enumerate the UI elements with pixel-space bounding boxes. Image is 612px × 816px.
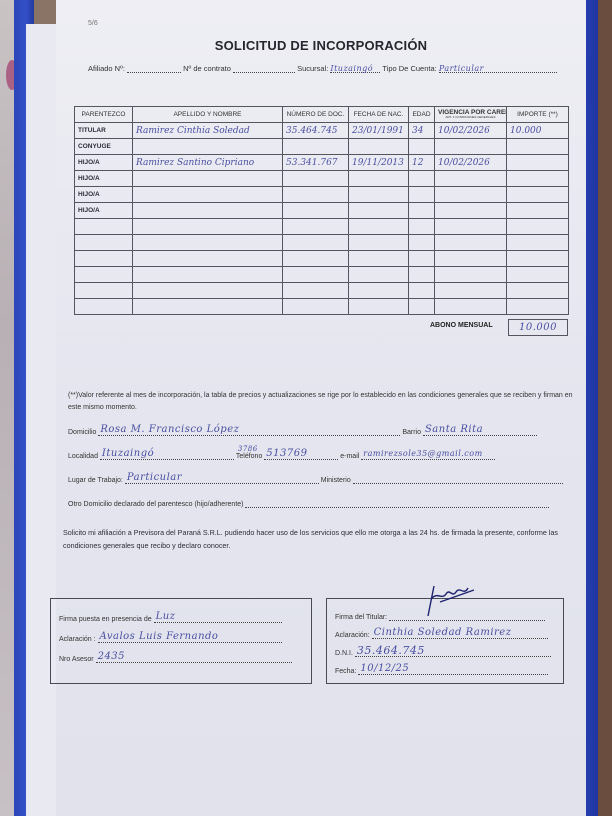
nombre-cell[interactable] xyxy=(133,171,283,187)
table-row: HIJO/A xyxy=(75,187,569,203)
members-table: PARENTEZCO APELLIDO Y NOMBRE NÚMERO DE D… xyxy=(74,106,569,315)
nac-cell[interactable]: 19/11/2013 xyxy=(349,155,409,171)
doc-cell[interactable] xyxy=(283,251,349,267)
importe-cell[interactable] xyxy=(507,219,569,235)
importe-cell[interactable] xyxy=(507,203,569,219)
nac-cell[interactable] xyxy=(349,139,409,155)
header-fields: Afiliado Nº: Nº de contrato Sucursal: It… xyxy=(88,64,557,73)
titular-fecha-row: Fecha: 10/12/25 xyxy=(335,663,548,675)
vigencia-cell[interactable]: 10/02/2026 xyxy=(435,123,507,139)
edad-cell[interactable] xyxy=(409,299,435,315)
form-title: SOLICITUD DE INCORPORACIÓN xyxy=(56,38,586,53)
declaration-text: Solicito mi afiliación a Previsora del P… xyxy=(63,526,579,552)
nombre-cell[interactable] xyxy=(133,219,283,235)
col-vigencia: VIGENCIA POR CARENCIAART. 4 CONDICIONES … xyxy=(435,107,507,123)
contrato-label: Nº de contrato xyxy=(183,64,231,73)
parentesco-cell: HIJO/A xyxy=(75,171,133,187)
edad-cell[interactable]: 34 xyxy=(409,123,435,139)
domicilio-label: Domicilio xyxy=(68,429,96,436)
titular-aclaracion-row: Aclaración: Cinthia Soledad Ramirez xyxy=(335,627,548,639)
page-number: 5/6 xyxy=(88,20,98,27)
parentesco-cell xyxy=(75,235,133,251)
titular-aclaracion-label: Aclaración: xyxy=(335,632,370,639)
nombre-cell[interactable] xyxy=(133,251,283,267)
parentesco-cell xyxy=(75,283,133,299)
titular-firma-label: Firma del Titular: xyxy=(335,614,387,621)
table-row: HIJO/ARamirez Santino Cipriano53.341.767… xyxy=(75,155,569,171)
localidad-row: Localidad Ituzaingó 3786 Teléfono 513769… xyxy=(68,448,495,460)
ministerio-field[interactable] xyxy=(353,472,563,484)
otro-domicilio-row: Otro Domicilio declarado del parentesco … xyxy=(68,496,549,508)
nac-cell[interactable] xyxy=(349,171,409,187)
table-row: TITULARRamirez Cinthia Soledad35.464.745… xyxy=(75,123,569,139)
nac-cell[interactable] xyxy=(349,203,409,219)
col-vigencia-sub: ART. 4 CONDICIONES GENERALES xyxy=(438,115,503,120)
witness-asesor-field[interactable]: 2435 xyxy=(96,651,292,663)
col-parentesco: PARENTEZCO xyxy=(75,107,133,123)
sucursal-field[interactable]: Ituzaingó xyxy=(330,64,380,73)
barrio-label: Barrio xyxy=(402,429,421,436)
importe-cell[interactable] xyxy=(507,187,569,203)
abono-mensual-label: ABONO MENSUAL xyxy=(430,322,493,329)
witness-firma-field[interactable]: Luz xyxy=(154,611,282,623)
parentesco-cell: HIJO/A xyxy=(75,187,133,203)
nac-cell[interactable] xyxy=(349,251,409,267)
doc-cell[interactable] xyxy=(283,283,349,299)
doc-cell[interactable] xyxy=(283,203,349,219)
titular-signature-icon xyxy=(420,578,480,618)
parentesco-cell: HIJO/A xyxy=(75,203,133,219)
vigencia-cell[interactable] xyxy=(435,203,507,219)
table-row: HIJO/A xyxy=(75,203,569,219)
col-nombre: APELLIDO Y NOMBRE xyxy=(133,107,283,123)
col-edad: EDAD xyxy=(409,107,435,123)
parentesco-cell xyxy=(75,251,133,267)
vigencia-cell[interactable] xyxy=(435,267,507,283)
form-page: 5/6 SOLICITUD DE INCORPORACIÓN Afiliado … xyxy=(56,0,586,816)
price-note: (**)Valor referente al mes de incorporac… xyxy=(68,390,576,414)
col-nac: FECHA DE NAC. xyxy=(349,107,409,123)
importe-cell[interactable] xyxy=(507,251,569,267)
table-row xyxy=(75,299,569,315)
members-table-header: PARENTEZCO APELLIDO Y NOMBRE NÚMERO DE D… xyxy=(75,107,569,123)
telefono-prefix: 3786 xyxy=(238,445,258,453)
email-field[interactable]: ramirezsole35@gmail.com xyxy=(361,448,495,460)
localidad-label: Localidad xyxy=(68,453,98,460)
nombre-cell[interactable] xyxy=(133,283,283,299)
afiliado-field[interactable] xyxy=(127,64,181,73)
afiliado-label: Afiliado Nº: xyxy=(88,64,125,73)
doc-cell[interactable] xyxy=(283,267,349,283)
nac-cell[interactable]: 23/01/1991 xyxy=(349,123,409,139)
vigencia-cell[interactable] xyxy=(435,283,507,299)
vigencia-cell[interactable] xyxy=(435,299,507,315)
telefono-field[interactable]: 513769 xyxy=(264,448,338,460)
parentesco-cell: HIJO/A xyxy=(75,155,133,171)
nac-cell[interactable] xyxy=(349,283,409,299)
localidad-field[interactable]: Ituzaingó xyxy=(100,448,234,460)
table-row xyxy=(75,219,569,235)
otro-domicilio-label: Otro Domicilio declarado del parentesco … xyxy=(68,501,243,508)
table-row xyxy=(75,251,569,267)
witness-firma-row: Firma puesta en presencia de Luz xyxy=(59,611,282,623)
tipo-cuenta-field[interactable]: Particular xyxy=(439,64,557,73)
doc-cell[interactable]: 53.341.767 xyxy=(283,155,349,171)
background-right xyxy=(598,0,612,816)
importe-cell[interactable] xyxy=(507,283,569,299)
email-label: e-mail xyxy=(340,453,359,460)
vigencia-cell[interactable] xyxy=(435,251,507,267)
nombre-cell[interactable] xyxy=(133,235,283,251)
importe-cell[interactable] xyxy=(507,267,569,283)
titular-dni-field[interactable]: 35.464.745 xyxy=(355,645,551,657)
doc-cell[interactable] xyxy=(283,187,349,203)
witness-aclaracion-row: Aclaración : Avalos Luis Fernando xyxy=(59,631,282,643)
edad-cell[interactable] xyxy=(409,235,435,251)
doc-cell[interactable] xyxy=(283,219,349,235)
table-row xyxy=(75,283,569,299)
parentesco-cell: CONYUGE xyxy=(75,139,133,155)
table-row xyxy=(75,267,569,283)
titular-fecha-label: Fecha: xyxy=(335,668,356,675)
edad-cell[interactable] xyxy=(409,171,435,187)
nombre-cell[interactable] xyxy=(133,267,283,283)
table-row: HIJO/A xyxy=(75,171,569,187)
importe-cell[interactable] xyxy=(507,171,569,187)
parentesco-cell: TITULAR xyxy=(75,123,133,139)
witness-aclaracion-label: Aclaración : xyxy=(59,636,96,643)
witness-asesor-row: Nro Asesor 2435 xyxy=(59,651,292,663)
edad-cell[interactable] xyxy=(409,139,435,155)
nombre-cell[interactable] xyxy=(133,299,283,315)
doc-cell[interactable] xyxy=(283,235,349,251)
table-row: CONYUGE xyxy=(75,139,569,155)
telefono-label-text: Teléfono xyxy=(236,453,262,460)
parentesco-cell xyxy=(75,267,133,283)
parentesco-cell xyxy=(75,299,133,315)
edad-cell[interactable] xyxy=(409,203,435,219)
nac-cell[interactable] xyxy=(349,235,409,251)
importe-cell[interactable]: 10.000 xyxy=(507,123,569,139)
telefono-label: 3786 Teléfono xyxy=(236,453,262,460)
nac-cell[interactable] xyxy=(349,267,409,283)
witness-asesor-label: Nro Asesor xyxy=(59,656,94,663)
nac-cell[interactable] xyxy=(349,219,409,235)
titular-fecha-field[interactable]: 10/12/25 xyxy=(358,663,548,675)
titular-dni-row: D.N.I. 35.464.745 xyxy=(335,645,551,657)
doc-cell[interactable] xyxy=(283,171,349,187)
sucursal-label: Sucursal: xyxy=(297,64,328,73)
importe-cell[interactable] xyxy=(507,155,569,171)
doc-cell[interactable] xyxy=(283,299,349,315)
nombre-cell[interactable] xyxy=(133,139,283,155)
witness-firma-label: Firma puesta en presencia de xyxy=(59,616,152,623)
edad-cell[interactable] xyxy=(409,187,435,203)
titular-aclaracion-field[interactable]: Cinthia Soledad Ramirez xyxy=(372,627,548,639)
tipo-cuenta-label: Tipo De Cuenta: xyxy=(382,64,436,73)
edad-cell[interactable] xyxy=(409,267,435,283)
abono-mensual-field[interactable]: 10.000 xyxy=(508,319,568,336)
vigencia-cell[interactable]: 10/02/2026 xyxy=(435,155,507,171)
nombre-cell[interactable]: Ramirez Santino Cipriano xyxy=(133,155,283,171)
edad-cell[interactable] xyxy=(409,283,435,299)
nac-cell[interactable] xyxy=(349,299,409,315)
nac-cell[interactable] xyxy=(349,187,409,203)
vigencia-cell[interactable] xyxy=(435,139,507,155)
domicilio-field[interactable]: Rosa M. Francisco López xyxy=(98,424,400,436)
titular-dni-label: D.N.I. xyxy=(335,650,353,657)
parentesco-cell xyxy=(75,219,133,235)
vigencia-cell[interactable] xyxy=(435,171,507,187)
vigencia-cell[interactable] xyxy=(435,187,507,203)
trabajo-row: Lugar de Trabajo: Particular Ministerio xyxy=(68,472,563,484)
otro-domicilio-field[interactable] xyxy=(245,496,549,508)
edad-cell[interactable]: 12 xyxy=(409,155,435,171)
nombre-cell[interactable] xyxy=(133,187,283,203)
table-row xyxy=(75,235,569,251)
doc-cell[interactable] xyxy=(283,139,349,155)
importe-cell[interactable] xyxy=(507,139,569,155)
vigencia-cell[interactable] xyxy=(435,235,507,251)
contrato-field[interactable] xyxy=(233,64,295,73)
col-doc: NÚMERO DE DOC. xyxy=(283,107,349,123)
barrio-field[interactable]: Santa Rita xyxy=(423,424,537,436)
witness-aclaracion-field[interactable]: Avalos Luis Fernando xyxy=(98,631,282,643)
domicilio-row: Domicilio Rosa M. Francisco López Barrio… xyxy=(68,424,537,436)
edad-cell[interactable] xyxy=(409,219,435,235)
ministerio-label: Ministerio xyxy=(321,477,351,484)
importe-cell[interactable] xyxy=(507,235,569,251)
importe-cell[interactable] xyxy=(507,299,569,315)
nombre-cell[interactable] xyxy=(133,203,283,219)
nombre-cell[interactable]: Ramirez Cinthia Soledad xyxy=(133,123,283,139)
edad-cell[interactable] xyxy=(409,251,435,267)
col-importe: IMPORTE (**) xyxy=(507,107,569,123)
trabajo-label: Lugar de Trabajo: xyxy=(68,477,123,484)
doc-cell[interactable]: 35.464.745 xyxy=(283,123,349,139)
vigencia-cell[interactable] xyxy=(435,219,507,235)
witness-box: Firma puesta en presencia de Luz Aclarac… xyxy=(50,598,312,684)
trabajo-field[interactable]: Particular xyxy=(125,472,319,484)
